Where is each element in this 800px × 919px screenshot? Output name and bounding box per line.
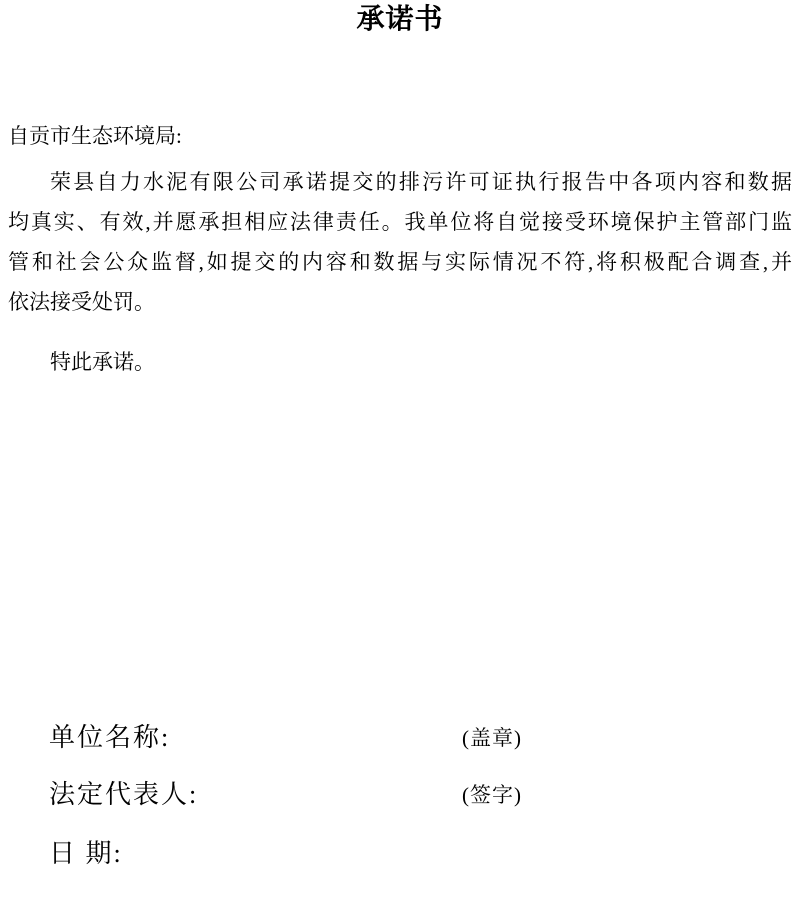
body-line-1: 荣县自力水泥有限公司承诺提交的排污许可证执行报告中各项内容和数据 xyxy=(8,162,792,202)
body-line-3: 管和社会公众监督,如提交的内容和数据与实际情况不符,将积极配合调查,并 xyxy=(8,242,792,282)
signature-note: (签字) xyxy=(462,777,522,813)
official-seal-note: (盖章) xyxy=(462,720,522,756)
signature-row-unit-name: 单位名称: (盖章) xyxy=(49,720,800,756)
body-line-2: 均真实、有效,并愿承担相应法律责任。我单位将自觉接受环境保护主管部门监 xyxy=(8,202,792,242)
legal-representative-label: 法定代表人: xyxy=(49,780,198,809)
commitment-letter-page: 承诺书 自贡市生态环境局: 荣县自力水泥有限公司承诺提交的排污许可证执行报告中各… xyxy=(0,0,800,919)
signature-row-date: 日 期: xyxy=(49,836,800,872)
closing-statement: 特此承诺。 xyxy=(8,342,792,382)
body-line-4: 依法接受处罚。 xyxy=(8,282,792,322)
signature-row-legal-representative: 法定代表人: (签字) xyxy=(49,777,800,813)
date-label: 日 期: xyxy=(49,839,123,868)
unit-name-label: 单位名称: xyxy=(49,723,170,752)
body-paragraph: 荣县自力水泥有限公司承诺提交的排污许可证执行报告中各项内容和数据 均真实、有效,… xyxy=(8,162,792,322)
page-title: 承诺书 xyxy=(0,2,800,38)
salutation-line: 自贡市生态环境局: xyxy=(8,121,792,151)
